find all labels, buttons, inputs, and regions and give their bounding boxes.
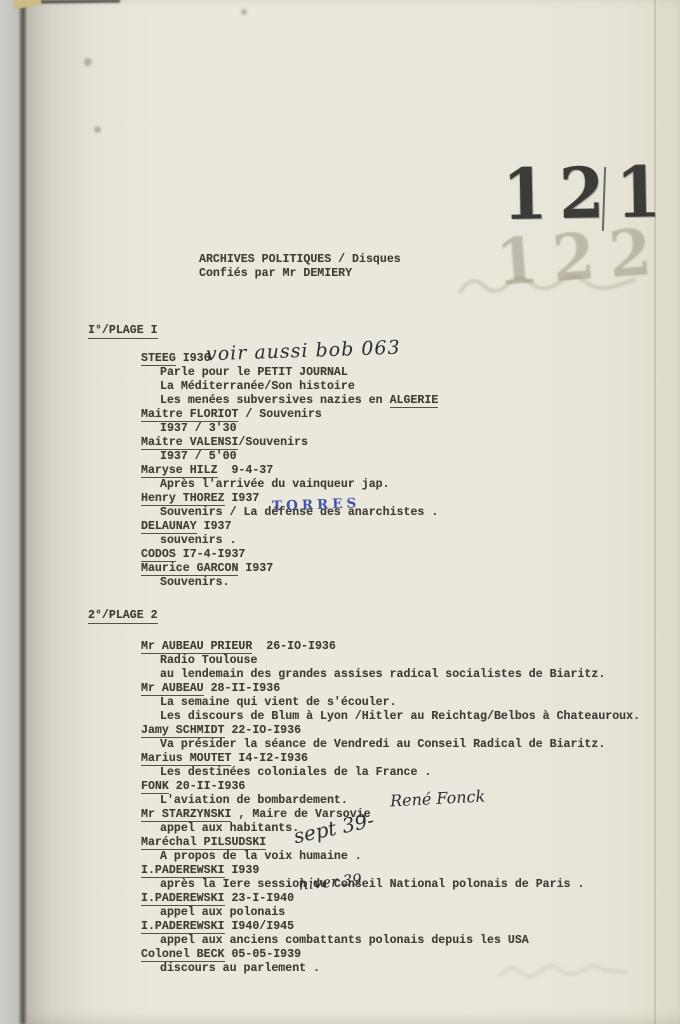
entry-list-plage-1: STEEG I936Parle pour le PETIT JOURNALLa … <box>141 352 671 590</box>
entry-detail-line: Parle pour le PETIT JOURNAL <box>160 366 671 380</box>
entry-name-underlined: CODOS <box>141 548 176 562</box>
entry-name-line: I.PADEREWSKI 23-I-I940 <box>141 892 671 906</box>
entry-name-underlined: Maurice GARCON <box>141 562 238 576</box>
entry-detail-line: Va présider la séance de Vendredi au Con… <box>160 738 671 752</box>
entry-name-line: Maréchal PILSUDSKI <box>141 836 671 850</box>
entry-name-line: Mr AUBEAU PRIEUR 26-IO-I936 <box>141 640 671 654</box>
entry-detail-line: Les discours de Blum à Lyon /Hitler au R… <box>160 710 671 724</box>
paper-left-edge-shadow <box>20 0 26 1024</box>
entry-name-underlined: FONK <box>141 780 169 794</box>
entry-detail-line: I937 / 5'00 <box>160 450 671 464</box>
entry-name-line: Jamy SCHMIDT 22-IO-I936 <box>141 724 671 738</box>
entry-name-line: I.PADEREWSKI I939 <box>141 864 671 878</box>
header-line-2: Confiés par Mr DEMIERY <box>199 267 401 281</box>
entry-name-underlined: Colonel BECK <box>141 948 225 962</box>
page-number-stamp: 121 <box>502 157 674 230</box>
entry-name-line: Colonel BECK 05-05-I939 <box>141 948 671 962</box>
detail-underlined-word: ALGERIE <box>390 394 439 408</box>
section-title-plage-2: 2°/PLAGE 2 <box>88 609 158 622</box>
entry-name-underlined: I.PADEREWSKI <box>141 892 225 906</box>
header-line-1: ARCHIVES POLITIQUES / Disques <box>199 253 401 267</box>
entry-name-underlined: Jamy SCHMIDT <box>141 724 225 738</box>
entry-name-line: Maryse HILZ 9-4-37 <box>141 464 671 478</box>
handwritten-note-torres: TORRES <box>272 495 361 514</box>
entry-detail-line: souvenirs . <box>160 534 671 548</box>
section-title-text: 2°/PLAGE 2 <box>88 609 158 624</box>
entry-detail-line: Les menées subversives nazies en ALGERIE <box>160 394 671 408</box>
entry-detail-line: Les destinées coloniales de la France . <box>160 766 671 780</box>
entry-name-underlined: Henry THOREZ <box>141 492 225 506</box>
entry-detail-line: A propos de la voix humaine . <box>160 850 671 864</box>
entry-detail-line: I937 / 3'30 <box>160 422 671 436</box>
entry-detail-line: La Méditerranée/Son histoire <box>160 380 671 394</box>
entry-name-line: Mr AUBEAU 28-II-I936 <box>141 682 671 696</box>
entry-detail-line: Souvenirs / La défense des anarchistes . <box>160 506 671 520</box>
entry-name-underlined: Maitre VALENSI <box>141 436 238 450</box>
entry-name-line: Mr STARZYNSKI , Maire de Varsovie <box>141 808 671 822</box>
scanned-archive-page: { "scan": { "stamp": "121", "stamp_ghost… <box>0 0 680 1024</box>
entry-detail-line: après la Iere session du Conseil Nationa… <box>160 878 671 892</box>
entry-name-line: DELAUNAY I937 <box>141 520 671 534</box>
entry-name-underlined: Maréchal PILSUDSKI <box>141 836 266 850</box>
entry-detail-line: Souvenirs. <box>160 576 671 590</box>
entry-name-line: I.PADEREWSKI I940/I945 <box>141 920 671 934</box>
entry-name-underlined: STEEG <box>141 352 176 366</box>
entry-name-underlined: Maitre FLORIOT <box>141 408 238 422</box>
entry-name-underlined: Maryse HILZ <box>141 464 218 478</box>
entry-name-line: CODOS I7-4-I937 <box>141 548 671 562</box>
entry-name-underlined: Mr AUBEAU <box>141 682 204 696</box>
entry-name-line: Maitre FLORIOT / Souvenirs <box>141 408 671 422</box>
entry-name-line: Henry THOREZ I937 <box>141 492 671 506</box>
entry-name-line: Marius MOUTET I4-I2-I936 <box>141 752 671 766</box>
entry-detail-line: La semaine qui vient de s'écouler. <box>160 696 671 710</box>
entry-detail-line: appel aux habitants. <box>160 822 671 836</box>
paper-spot <box>241 9 247 15</box>
entry-detail-line: appel aux anciens combattants polonais d… <box>160 934 671 948</box>
paper-spot <box>84 58 92 66</box>
entry-detail-line: appel aux polonais <box>160 906 671 920</box>
entry-name-line: Maitre VALENSI/Souvenirs <box>141 436 671 450</box>
entry-detail-line: Après l'arrivée du vainqueur jap. <box>160 478 671 492</box>
document-header: ARCHIVES POLITIQUES / Disques Confiés pa… <box>199 253 401 281</box>
entry-name-underlined: I.PADEREWSKI <box>141 864 225 878</box>
entry-name-underlined: Mr STARZYNSKI <box>141 808 231 822</box>
entry-name-underlined: DELAUNAY <box>141 520 197 534</box>
entry-detail-line: discours au parlement . <box>160 962 671 976</box>
entry-name-line: Maurice GARCON I937 <box>141 562 671 576</box>
section-title-plage-1: I°/PLAGE I <box>88 324 158 337</box>
entry-detail-line: au lendemain des grandes assises radical… <box>160 668 671 682</box>
entry-name-underlined: I.PADEREWSKI <box>141 920 225 934</box>
section-title-text: I°/PLAGE I <box>88 324 158 339</box>
paper-spot <box>94 126 101 133</box>
entry-detail-line: Radio Toulouse <box>160 654 671 668</box>
entry-name-underlined: Mr AUBEAU PRIEUR <box>141 640 252 654</box>
entry-name-underlined: Marius MOUTET <box>141 752 231 766</box>
